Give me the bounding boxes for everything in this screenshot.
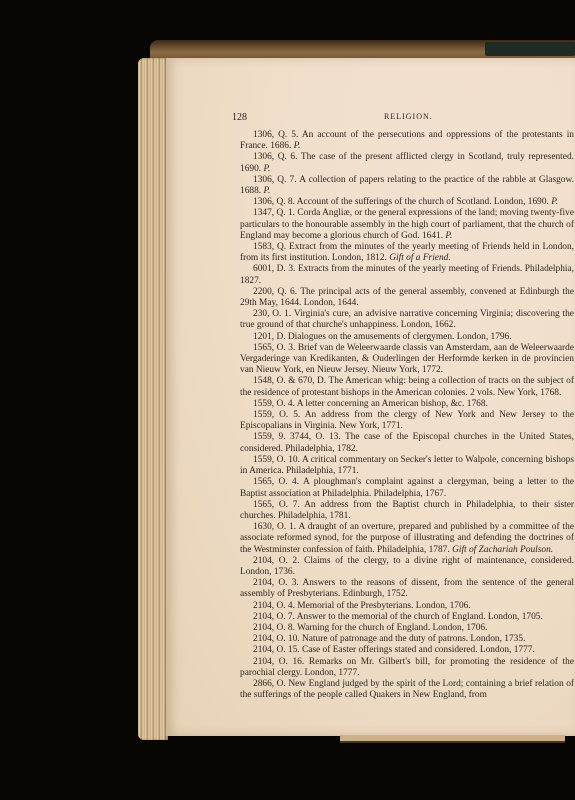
catalog-entry: 2104, O. 10. Nature of patronage and the… (240, 634, 574, 645)
entry-ref: 1565, O. 7. (253, 500, 300, 510)
entry-ref: 2104, O. 7. (253, 612, 295, 622)
entry-note: P. (263, 164, 270, 174)
entry-ref: 1565, O. 4. (253, 477, 299, 487)
catalog-entry: 1565, O. 4. A ploughman's complaint agai… (240, 477, 574, 499)
entry-note: Gift of a Friend. (389, 253, 450, 263)
entry-ref: 2104, O. 8. (253, 623, 295, 633)
catalog-entry: 2104, O. 2. Claims of the clergy, to a d… (240, 556, 574, 578)
entry-text: Virginia's cure, an advisive narrative c… (240, 309, 574, 330)
page-bottom-edge (340, 735, 565, 743)
entry-ref: 1565, O. 3. (253, 343, 295, 353)
entry-note: Gift of Zachariah Poulson. (452, 545, 553, 555)
entry-note: P. (445, 231, 452, 241)
catalog-entry: 1583, Q. Extract from the minutes of the… (240, 242, 574, 264)
catalog-entry: 2866, O. New England judged by the spiri… (240, 679, 574, 701)
entry-ref: 1306, Q. 5. (253, 130, 298, 140)
entry-ref: 1306, Q. 6. (253, 152, 297, 162)
catalog-entry: 1630, O. 1. A draught of an overture, pr… (240, 522, 574, 556)
entry-ref: 1559, O. 10. (253, 455, 300, 465)
catalog-entry: 1306, Q. 6. The case of the present affl… (240, 152, 574, 174)
catalog-entry: 1559, O. 10. A critical commentary on Se… (240, 455, 574, 477)
catalog-entries: 1306, Q. 5. An account of the persecutio… (240, 130, 574, 701)
catalog-entry: 1559, 9. 3744, O. 13. The case of the Ep… (240, 432, 574, 454)
page-stack-edge (138, 58, 168, 740)
catalog-entry: 1306, Q. 7. A collection of papers relat… (240, 175, 574, 197)
page-header: 128 RELIGION. (232, 112, 575, 126)
catalog-entry: 2104, O. 4. Memorial of the Presbyterian… (240, 601, 574, 612)
catalog-entry: 6001, D. 3. Extracts from the minutes of… (240, 264, 574, 286)
catalog-entry: 1347, Q. 1. Corda Angliæ, or the general… (240, 208, 574, 242)
catalog-entry: 2104, O. 15. Case of Easter offerings st… (240, 645, 574, 656)
entry-ref: 1559, O. 4. (253, 399, 295, 409)
entry-ref: 6001, D. 3. (253, 264, 295, 274)
catalog-entry: 1548, O. & 670, D. The American whig: be… (240, 376, 574, 398)
entry-ref: 1347, Q. 1. (253, 208, 295, 218)
catalog-entry: 1565, O. 3. Brief van de Weleerwaarde cl… (240, 343, 574, 377)
book-page: 128 RELIGION. 1306, Q. 5. An account of … (166, 58, 575, 736)
entry-text: Dialogues on the amusements of clergymen… (288, 332, 512, 342)
running-title: RELIGION. (384, 112, 433, 121)
entry-ref: 1559, O. 5. (253, 410, 300, 420)
entry-ref: 2200, Q. 6. (253, 287, 297, 297)
entry-ref: 2866, O. (253, 679, 286, 689)
entry-ref: 2104, O. 15. (253, 645, 300, 655)
entry-ref: 2104, O. 10. (253, 634, 300, 644)
entry-text: Account of the sufferings of the church … (297, 197, 549, 207)
entry-ref: 1630, O. 1. (253, 522, 296, 532)
cloth-binding (485, 42, 575, 56)
entry-ref: 1306, Q. 8. (253, 197, 295, 207)
entry-ref: 2104, O. 16. (253, 657, 304, 667)
page-number: 128 (232, 112, 247, 123)
catalog-entry: 1565, O. 7. An address from the Baptist … (240, 500, 574, 522)
catalog-entry: 1201, D. Dialogues on the amusements of … (240, 332, 574, 343)
entry-ref: 1201, D. (253, 332, 286, 342)
entry-note: P. (551, 197, 558, 207)
entry-ref: 1548, O. & 670, D. (253, 376, 326, 386)
entry-note: P. (263, 186, 270, 196)
entry-ref: 2104, O. 3. (253, 578, 299, 588)
entry-ref: 2104, O. 2. (253, 556, 299, 566)
entry-ref: 2104, O. 4. (253, 601, 295, 611)
catalog-entry: 2104, O. 7. Answer to the memorial of th… (240, 612, 574, 623)
entry-ref: 1559, 9. 3744, O. 13. (253, 432, 341, 442)
entry-text: A letter concerning an American bishop, … (297, 399, 488, 409)
entry-ref: 1583, Q. (253, 242, 286, 252)
catalog-entry: 1306, Q. 8. Account of the sufferings of… (240, 197, 574, 208)
entry-ref: 1306, Q. 7. (253, 175, 297, 185)
catalog-entry: 230, O. 1. Virginia's cure, an advisive … (240, 309, 574, 331)
entry-text: New England judged by the spirit of the … (240, 679, 574, 700)
entry-text: Nature of patronage and the duty of patr… (302, 634, 525, 644)
entry-note: P. (294, 141, 301, 151)
catalog-entry: 1306, Q. 5. An account of the persecutio… (240, 130, 574, 152)
catalog-entry: 2104, O. 3. Answers to the reasons of di… (240, 578, 574, 600)
entry-text: Case of Easter offerings stated and cons… (302, 645, 535, 655)
catalog-entry: 2104, O. 16. Remarks on Mr. Gilbert's bi… (240, 657, 574, 679)
catalog-entry: 1559, O. 5. An address from the clergy o… (240, 410, 574, 432)
catalog-entry: 2104, O. 8. Warning for the church of En… (240, 623, 574, 634)
entry-text: Memorial of the Presbyterians. London, 1… (297, 601, 470, 611)
catalog-entry: 2200, Q. 6. The principal acts of the ge… (240, 287, 574, 309)
catalog-entry: 1559, O. 4. A letter concerning an Ameri… (240, 399, 574, 410)
entry-text: Answer to the memorial of the church of … (297, 612, 543, 622)
entry-ref: 230, O. 1. (253, 309, 291, 319)
entry-text: Warning for the church of England. Londo… (297, 623, 487, 633)
